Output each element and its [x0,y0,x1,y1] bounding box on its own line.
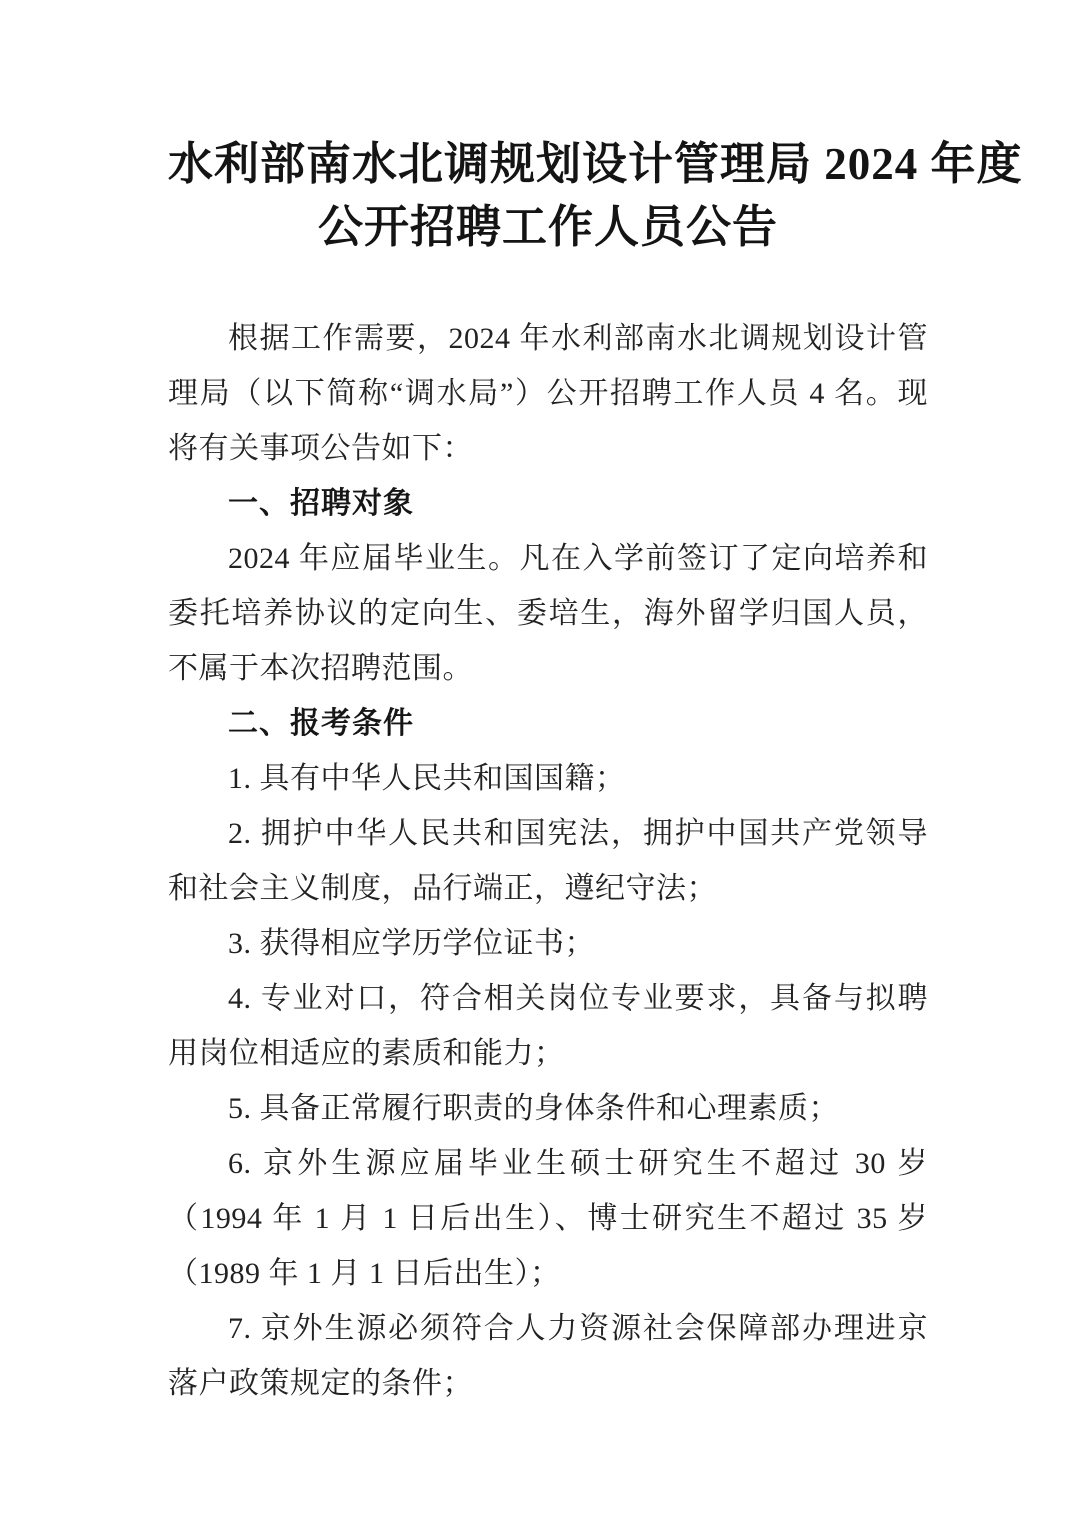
intro-paragraph: 根据工作需要，2024 年水利部南水北调规划设计管理局（以下简称“调水局”）公开… [168,311,928,476]
condition-item-5: 5. 具备正常履行职责的身体条件和心理素质； [168,1081,928,1136]
document-title: 水利部南水北调规划设计管理局 2024 年度 公开招聘工作人员公告 [168,133,928,259]
section-heading-recruitment-target: 一、招聘对象 [168,476,928,531]
section-heading-application-conditions: 二、报考条件 [168,696,928,751]
condition-item-7: 7. 京外生源必须符合人力资源社会保障部办理进京落户政策规定的条件； [168,1301,928,1411]
condition-item-3: 3. 获得相应学历学位证书； [168,916,928,971]
document-page: 水利部南水北调规划设计管理局 2024 年度 公开招聘工作人员公告 根据工作需要… [0,0,1080,1527]
condition-item-4: 4. 专业对口，符合相关岗位专业要求，具备与拟聘用岗位相适应的素质和能力； [168,971,928,1081]
condition-item-2: 2. 拥护中华人民共和国宪法，拥护中国共产党领导和社会主义制度，品行端正，遵纪守… [168,806,928,916]
document-title-line-1: 水利部南水北调规划设计管理局 2024 年度 [168,133,928,196]
recruitment-target-paragraph: 2024 年应届毕业生。凡在入学前签订了定向培养和委托培养协议的定向生、委培生，… [168,531,928,696]
document-title-line-2: 公开招聘工作人员公告 [168,196,928,259]
condition-item-1: 1. 具有中华人民共和国国籍； [168,751,928,806]
condition-item-6: 6. 京外生源应届毕业生硕士研究生不超过 30 岁（1994 年 1 月 1 日… [168,1136,928,1301]
